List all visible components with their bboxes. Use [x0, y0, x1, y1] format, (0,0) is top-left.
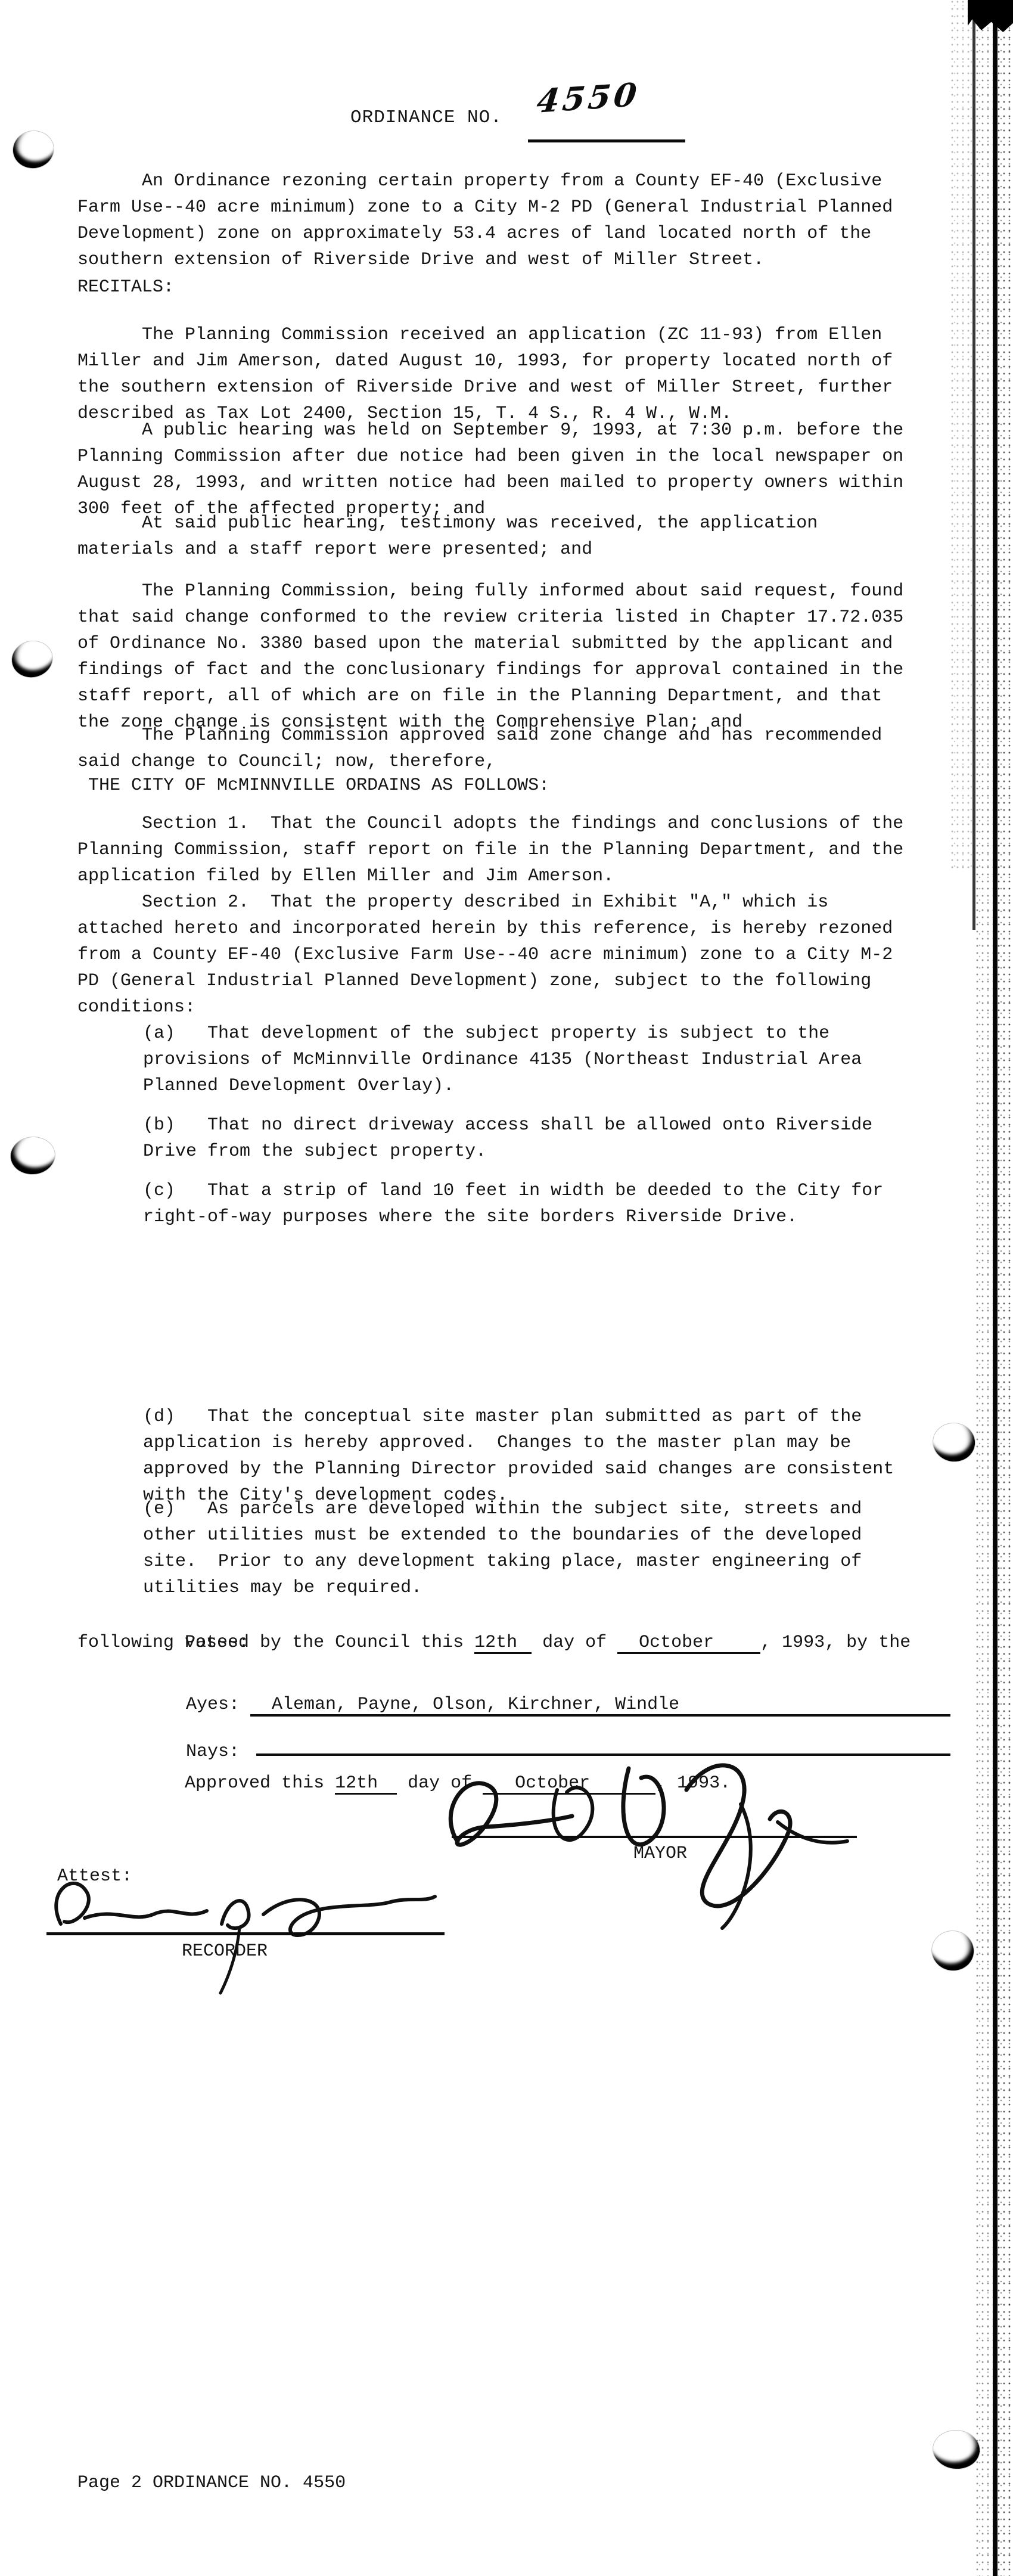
passed-text-mid: day of: [532, 1632, 617, 1653]
condition-d: (d) That the conceptual site master plan…: [143, 1404, 894, 1509]
recorder-title-label: RECORDER: [182, 1938, 268, 1964]
mayor-signature: [429, 1731, 858, 1934]
section-2-paragraph: Section 2. That the property described i…: [77, 889, 893, 1020]
recitals-heading: RECITALS:: [77, 274, 174, 300]
condition-c: (c) That a strip of land 10 feet in widt…: [143, 1178, 883, 1230]
intro-paragraph: An Ordinance rezoning certain property f…: [77, 168, 893, 273]
approved-day-blank: 12th: [335, 1770, 397, 1795]
hole-punch-artifact: [9, 638, 56, 681]
hole-punch-artifact: [932, 2429, 981, 2470]
section-1-paragraph: Section 1. That the Council adopts the f…: [77, 811, 903, 889]
passed-day-blank: 12th: [474, 1630, 532, 1654]
ordinance-number-handwritten: 4550: [536, 81, 641, 114]
scan-edge-line-secondary: [972, 0, 975, 930]
scan-edge-line: [993, 0, 998, 2576]
page-footer: Page 2 ORDINANCE NO. 4550: [77, 2470, 346, 2496]
passed-text-post: , 1993, by the: [760, 1632, 911, 1653]
ordinance-page: ORDINANCE NO. 4550 An Ordinance rezoning…: [0, 0, 1013, 2576]
ordains-heading: THE CITY OF McMINNVILLE ORDAINS AS FOLLO…: [77, 772, 549, 799]
hole-punch-artifact: [931, 1422, 977, 1464]
recital-paragraph: The Planning Commission received an appl…: [77, 322, 893, 427]
recital-paragraph: The Planning Commission, being fully inf…: [77, 578, 903, 735]
hole-punch-artifact: [930, 1928, 977, 1973]
condition-b: (b) That no direct driveway access shall…: [143, 1112, 872, 1165]
recorder-signature-line: [46, 1932, 445, 1935]
passed-month-blank: October: [617, 1630, 760, 1654]
page-title: ORDINANCE NO.: [350, 105, 502, 131]
scan-noise-band: [998, 0, 1013, 2576]
mayor-signature-line: [452, 1836, 857, 1838]
ordinance-number-underline: [528, 139, 685, 142]
condition-a: (a) That development of the subject prop…: [143, 1020, 862, 1099]
recital-paragraph: A public hearing was held on September 9…: [77, 417, 903, 522]
recital-paragraph: At said public hearing, testimony was re…: [77, 510, 818, 563]
hole-punch-artifact: [10, 1135, 56, 1175]
hole-punch-artifact: [11, 129, 56, 171]
condition-e: (e) As parcels are developed within the …: [143, 1496, 862, 1601]
scan-noise-band: [951, 0, 974, 870]
scan-noise-band: [976, 0, 994, 2576]
recital-paragraph: The Planning Commission approved said zo…: [77, 722, 882, 775]
approved-text-pre: Approved this: [120, 1773, 335, 1793]
passed-line-2: following votes:: [77, 1630, 249, 1656]
mayor-title-label: MAYOR: [633, 1841, 687, 1867]
